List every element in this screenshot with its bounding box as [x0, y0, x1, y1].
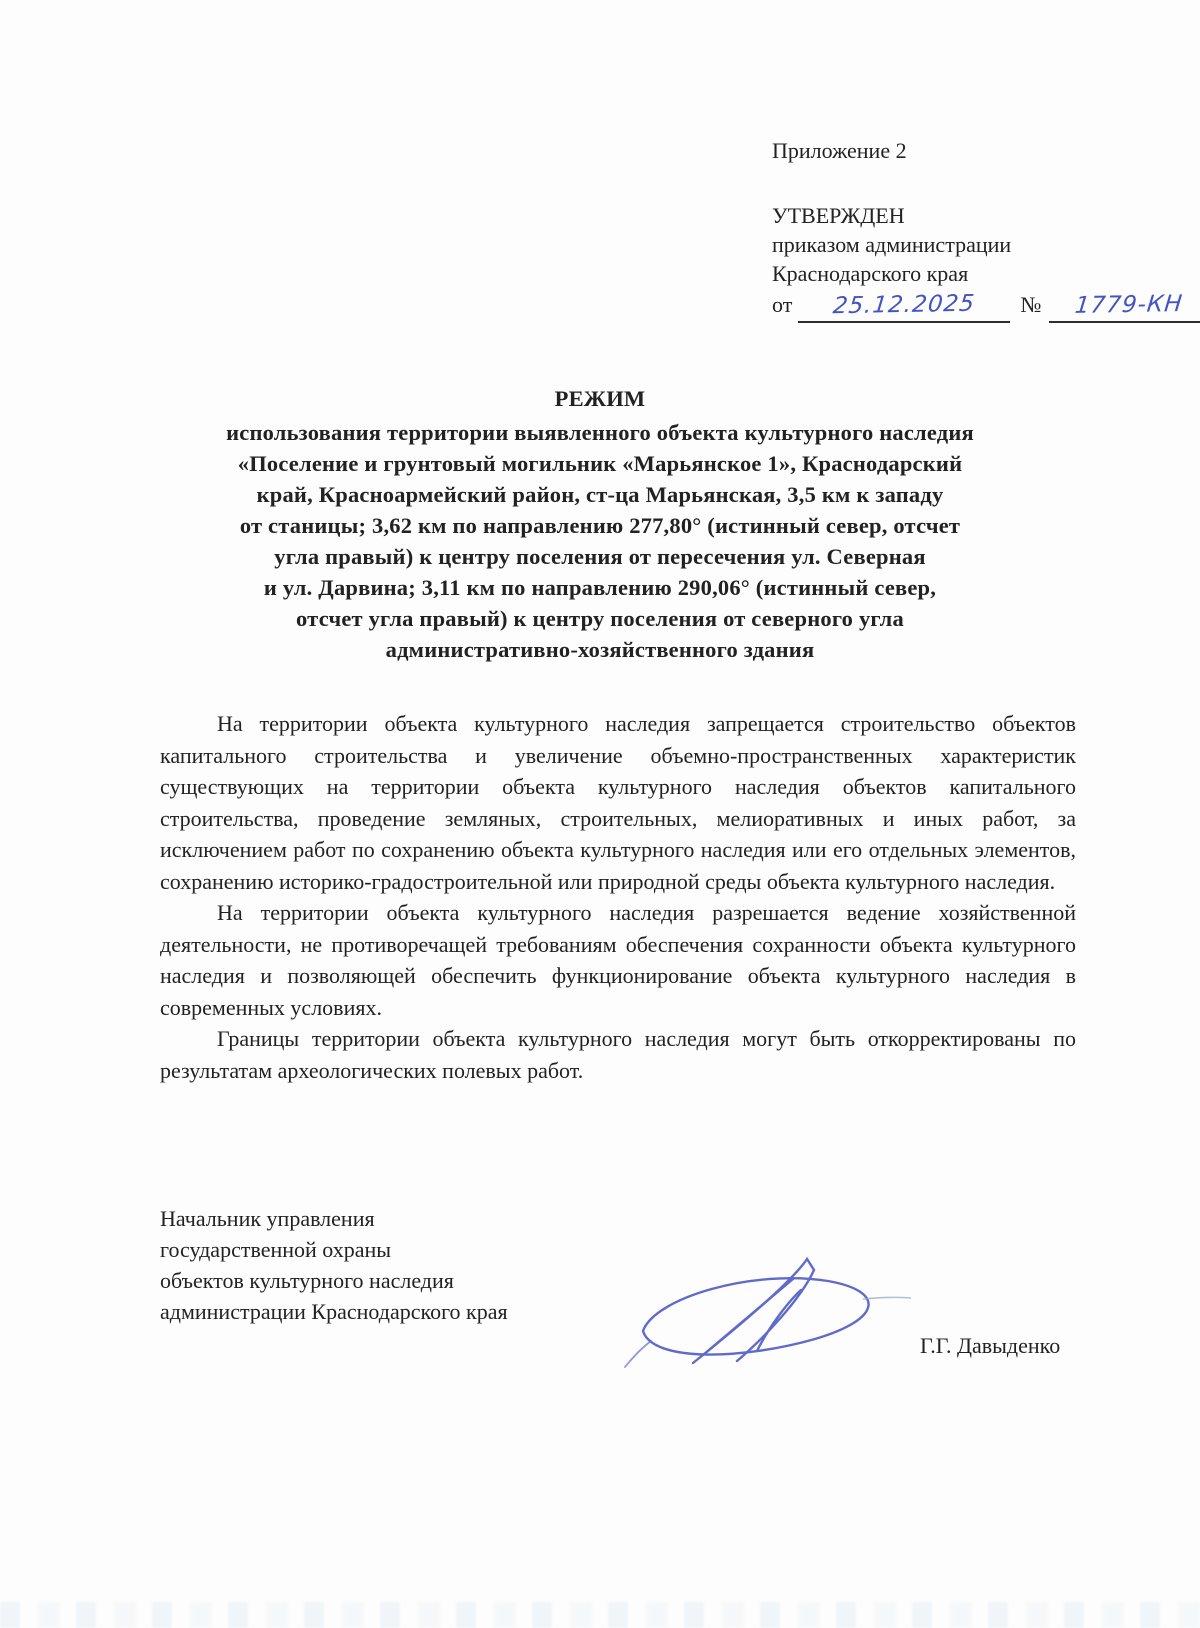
title-line: использования территории выявленного объ… — [95, 417, 1105, 448]
number-blank: 1779-КН — [1049, 290, 1200, 323]
approval-block: Приложение 2 УТВЕРЖДЕН приказом админист… — [772, 136, 1200, 323]
signature-scribble — [595, 1235, 925, 1385]
signatory-position-line: администрации Краснодарского края — [160, 1296, 508, 1327]
number-sign: № — [1020, 290, 1041, 319]
approved-label: УТВЕРЖДЕН — [772, 201, 1200, 230]
title-line: от станицы; 3,62 км по направлению 277,8… — [95, 510, 1105, 541]
title-line: административно-хозяйственного здания — [95, 634, 1105, 665]
title-line: РЕЖИМ — [95, 383, 1105, 414]
title-line: угла правый) к центру поселения от перес… — [95, 541, 1105, 572]
signatory-position-line: Начальник управления — [160, 1203, 508, 1234]
title-line: край, Красноармейский район, ст-ца Марья… — [95, 479, 1105, 510]
paragraph: На территории объекта культурного наслед… — [160, 708, 1076, 897]
handwritten-date: 25.12.2025 — [828, 290, 981, 323]
approved-by-line2: Краснодарского края — [772, 259, 1200, 288]
title-line: и ул. Дарвина; 3,11 км по направлению 29… — [95, 572, 1105, 603]
document-title: РЕЖИМ использования территории выявленно… — [95, 383, 1105, 665]
handwritten-number: 1779-КН — [1069, 290, 1188, 322]
date-prefix: от — [772, 290, 792, 319]
paragraph: Границы территории объекта культурного н… — [160, 1023, 1076, 1086]
signatory-name: Г.Г. Давыденко — [920, 1333, 1060, 1359]
scan-bleed-artifact — [0, 1602, 1200, 1628]
document-body: На территории объекта культурного наслед… — [160, 708, 1076, 1086]
date-blank: 25.12.2025 — [798, 290, 1010, 323]
title-line: отсчет угла правый) к центру поселения о… — [95, 603, 1105, 634]
document-page: Приложение 2 УТВЕРЖДЕН приказом админист… — [0, 0, 1200, 1628]
order-date-number-line: от 25.12.2025 № 1779-КН — [772, 290, 1200, 323]
annex-label: Приложение 2 — [772, 136, 1200, 165]
signatory-position-line: государственной охраны — [160, 1234, 508, 1265]
signatory-position: Начальник управления государственной охр… — [160, 1203, 508, 1327]
paragraph: На территории объекта культурного наслед… — [160, 897, 1076, 1023]
approved-by-line1: приказом администрации — [772, 230, 1200, 259]
title-line: «Поселение и грунтовый могильник «Марьян… — [95, 448, 1105, 479]
signatory-position-line: объектов культурного наследия — [160, 1265, 508, 1296]
